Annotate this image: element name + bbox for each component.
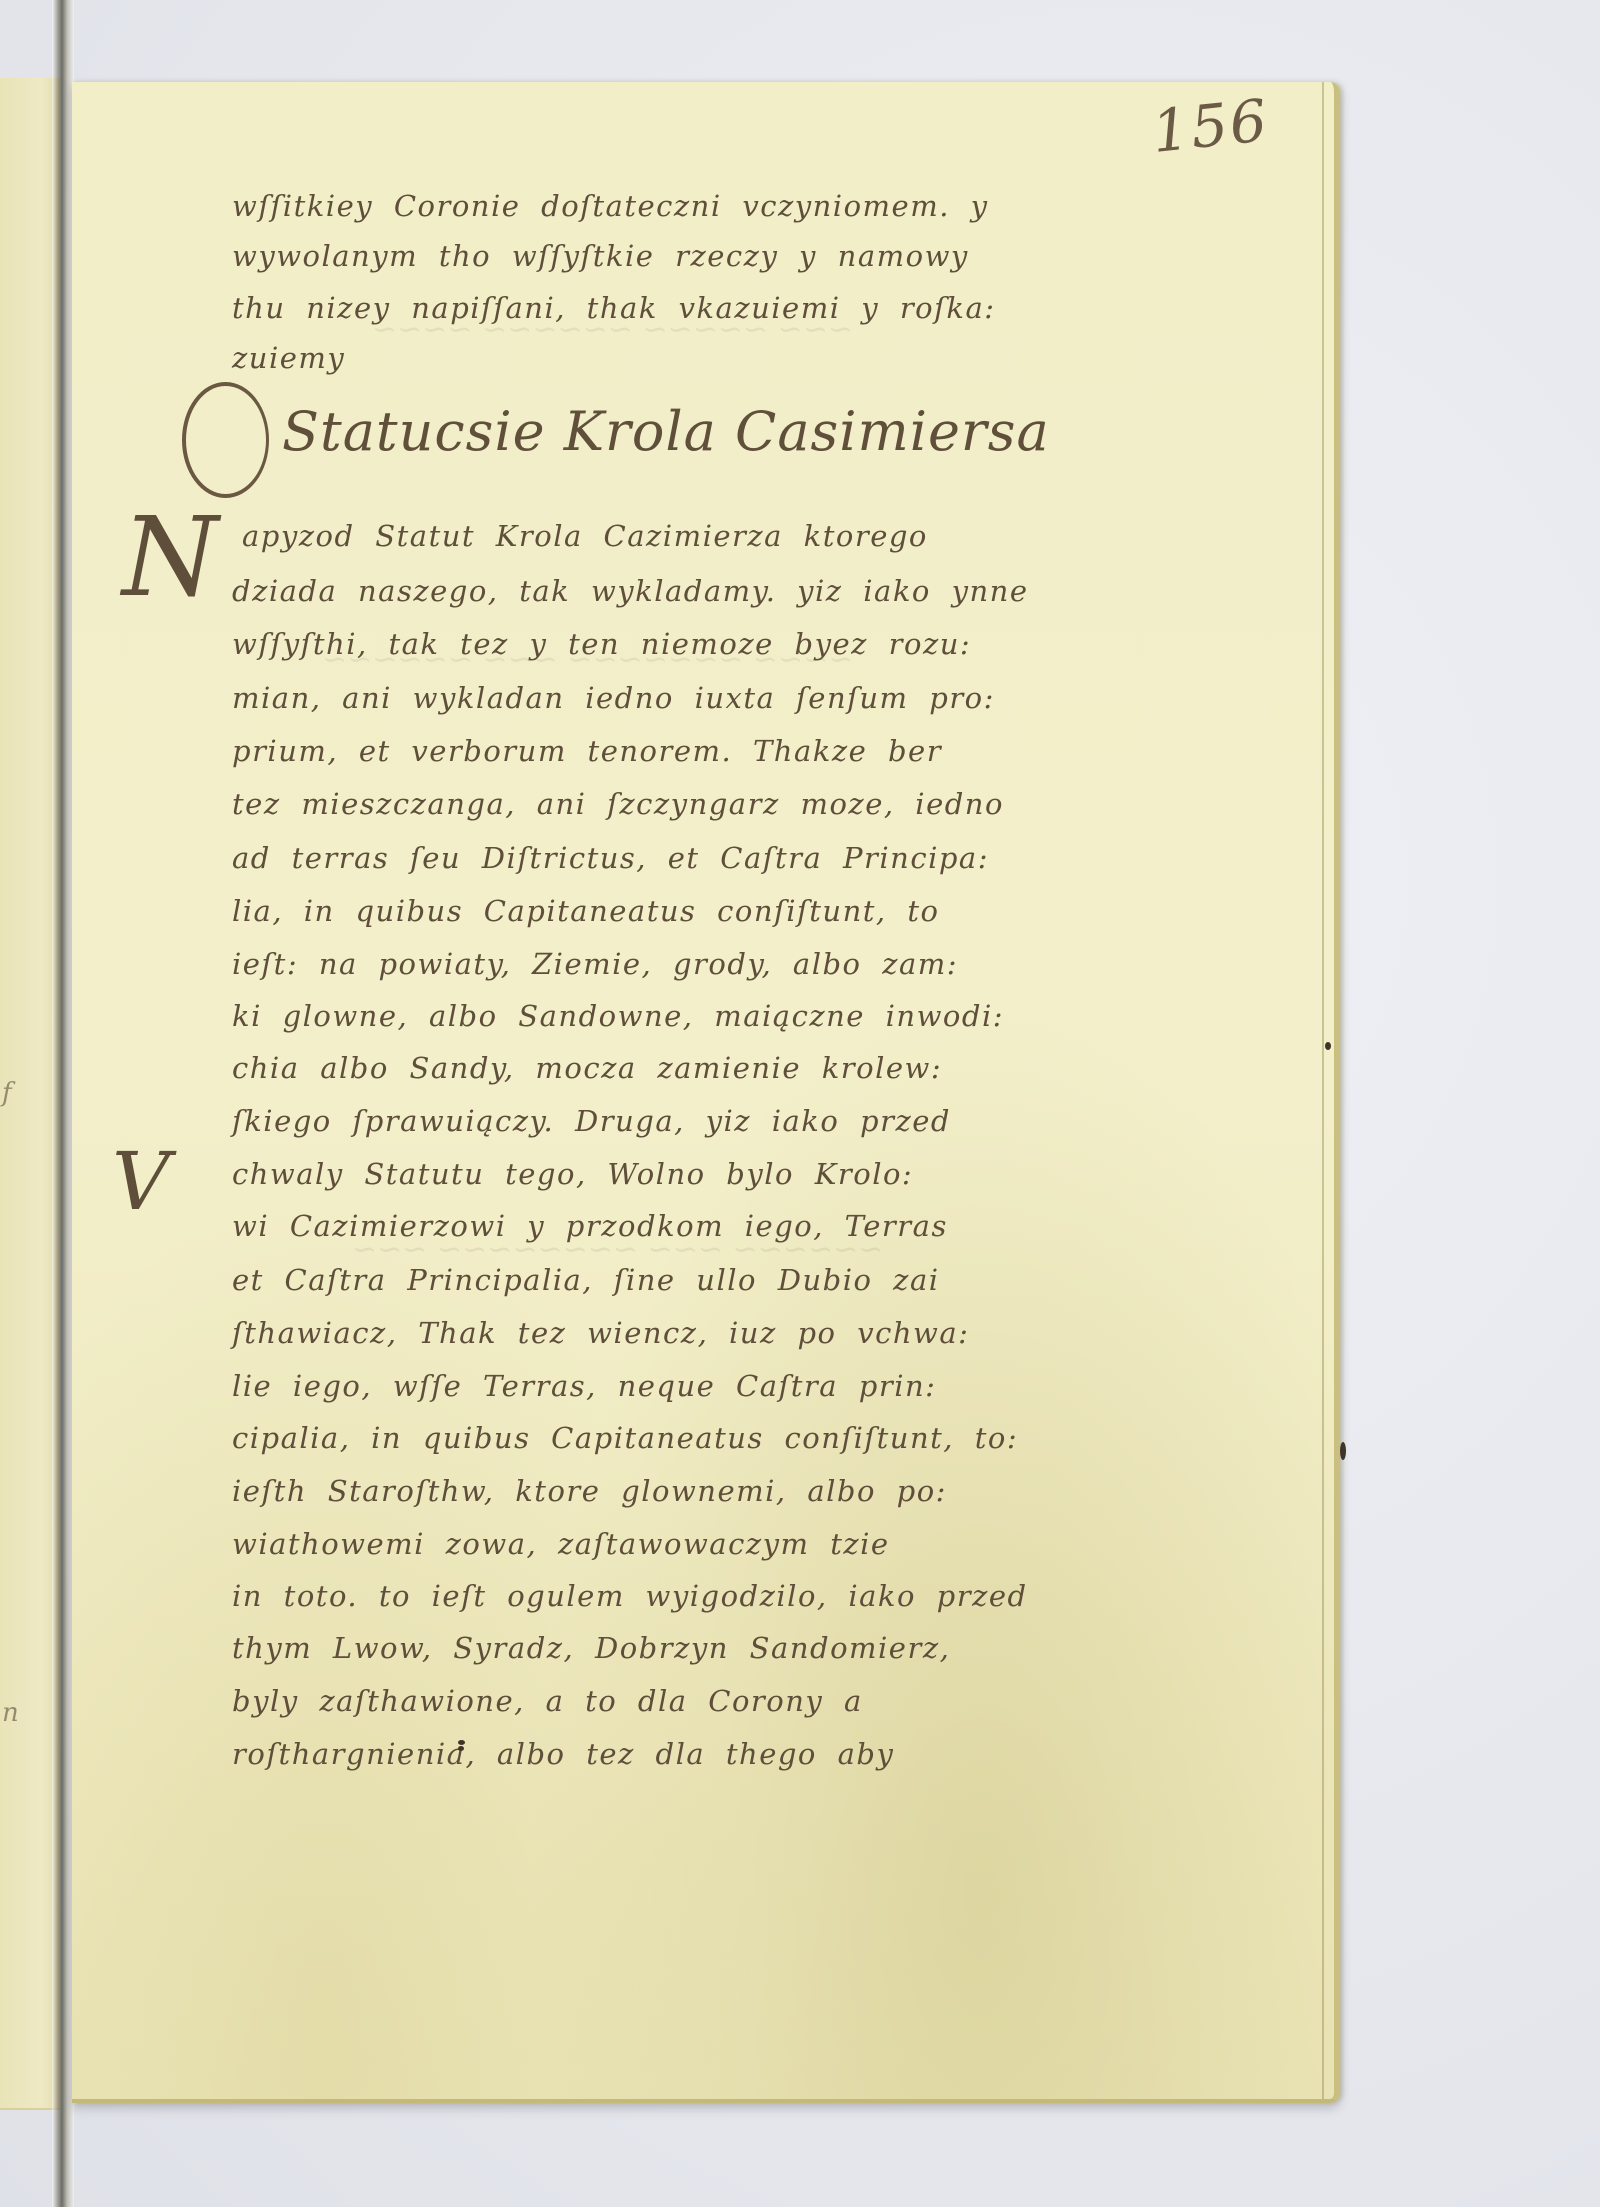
manuscript-line: ſkiego ſprawuiączy. Druga, yiz iako prze… (232, 1107, 1182, 1136)
manuscript-line: ieſth Staroſthw, ktore glownemi, albo po… (232, 1477, 1182, 1506)
book-gutter-glass (52, 0, 74, 2207)
section-heading: Statucsie Krola Casimiersa (282, 400, 1050, 463)
manuscript-line: mian, ani wykladan iedno iuxta ſenſum pr… (232, 684, 1182, 713)
manuscript-line: roſthargnienia, albo tez dla thego aby (232, 1740, 1182, 1769)
manuscript-line: zuiemy (232, 344, 1182, 373)
manuscript-line: wiathowemi zowa, zaſtawowaczym tzie (232, 1530, 1182, 1559)
manuscript-line: thu nizey napiſſani, thak vkazuiemi y ro… (232, 294, 1182, 323)
ink-speck (1340, 1442, 1346, 1460)
manuscript-line: wſſitkiey Coronie doſtateczni vczyniomem… (232, 192, 1182, 221)
manuscript-line: et Caſtra Principalia, ſine ullo Dubio z… (232, 1266, 1182, 1295)
left-page-edge: f n (0, 78, 60, 2110)
left-page-fragment: f (2, 1078, 12, 1108)
decorated-initial-n: N (122, 502, 242, 622)
manuscript-line: ki glowne, albo Sandowne, maiączne inwod… (232, 1002, 1182, 1031)
manuscript-line: lie iego, wſſe Terras, neque Caſtra prin… (232, 1372, 1182, 1401)
manuscript-line: chwaly Statutu tego, Wolno bylo Krolo: (232, 1160, 1182, 1189)
manuscript-line: dziada naszego, tak wykladamy. yiz iako … (232, 577, 1182, 606)
ink-speck (458, 1740, 465, 1745)
manuscript-page: ~~~ ~~~~~ ~~~~~~ ~~~~ ~~~~ ~~~~~~~ ~~~ ~… (72, 82, 1340, 2103)
manuscript-line: byly zaſthawione, a to dla Corony a (232, 1687, 1182, 1716)
ink-speck (1325, 1042, 1331, 1050)
manuscript-line: wi Cazimierzowi y przodkom iego, Terras (232, 1212, 1182, 1241)
manuscript-line: wywolanym tho wſſyſtkie rzeczy y namowy (232, 242, 1182, 271)
manuscript-line: ad terras ſeu Diſtrictus, et Caſtra Prin… (232, 844, 1182, 873)
manuscript-line: tez mieszczanga, ani ſzczyngarz moze, ie… (232, 790, 1182, 819)
manuscript-line: prium, et verborum tenorem. Thakze ber (232, 737, 1182, 766)
manuscript-line: lia, in quibus Capitaneatus conſiſtunt, … (232, 897, 1182, 926)
ink-speck (458, 1746, 464, 1751)
manuscript-line: thym Lwow, Syradz, Dobrzyn Sandomierz, (232, 1634, 1182, 1663)
manuscript-line: in toto. to ieſt ogulem wyigodzilo, iako… (232, 1582, 1182, 1611)
manuscript-line: apyzod Statut Krola Cazimierza ktorego (242, 522, 1192, 551)
manuscript-line: ſthawiacz, Thak tez wiencz, iuz po vchwa… (232, 1319, 1182, 1348)
manuscript-line: ieſt: na powiaty, Ziemie, grody, albo za… (232, 950, 1182, 979)
decorated-initial-o (182, 382, 269, 498)
left-page-fragment: n (2, 1698, 19, 1728)
decorated-initial-v: V (112, 1142, 170, 1222)
folio-number: 156 (1149, 86, 1272, 166)
manuscript-line: chia albo Sandy, mocza zamienie krolew: (232, 1054, 1182, 1083)
manuscript-line: cipalia, in quibus Capitaneatus conſiſtu… (232, 1424, 1182, 1453)
manuscript-line: wſſyſthi, tak tez y ten niemoze byez roz… (232, 630, 1182, 659)
